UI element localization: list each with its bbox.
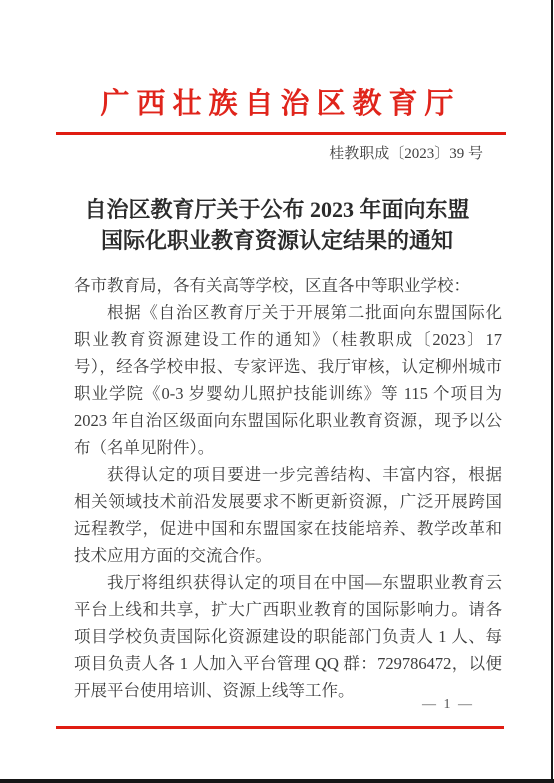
agency-name: 广西壮族自治区教育厅	[0, 0, 554, 122]
document-title-line-2: 国际化职业教育资源认定结果的通知	[101, 228, 453, 253]
document-title-line-1: 自治区教育厅关于公布 2023 年面向东盟	[84, 197, 469, 222]
footer-divider	[56, 726, 504, 729]
scan-edge-right	[551, 0, 553, 783]
document-number: 桂教职成〔2023〕39 号	[0, 144, 554, 164]
scan-edge-bottom	[0, 779, 554, 783]
document-page: 广西壮族自治区教育厅 桂教职成〔2023〕39 号 自治区教育厅关于公布 202…	[0, 0, 554, 783]
page-number: — 1 —	[422, 697, 474, 713]
body-paragraph-2: 获得认定的项目要进一步完善结构、丰富内容，根据相关领域技术前沿发展要求不断更新资…	[74, 461, 502, 569]
document-title: 自治区教育厅关于公布 2023 年面向东盟 国际化职业教育资源认定结果的通知	[30, 194, 524, 256]
letterhead-divider	[56, 132, 506, 135]
salutation-line: 各市教育局，各有关高等学校，区直各中等职业学校：	[74, 272, 502, 299]
body-paragraph-1: 根据《自治区教育厅关于开展第二批面向东盟国际化职业教育资源建设工作的通知》（桂教…	[74, 299, 502, 461]
body-paragraph-3: 我厅将组织获得认定的项目在中国—东盟职业教育云平台上线和共享，扩大广西职业教育的…	[74, 569, 502, 704]
document-body: 各市教育局，各有关高等学校，区直各中等职业学校： 根据《自治区教育厅关于开展第二…	[74, 272, 502, 704]
